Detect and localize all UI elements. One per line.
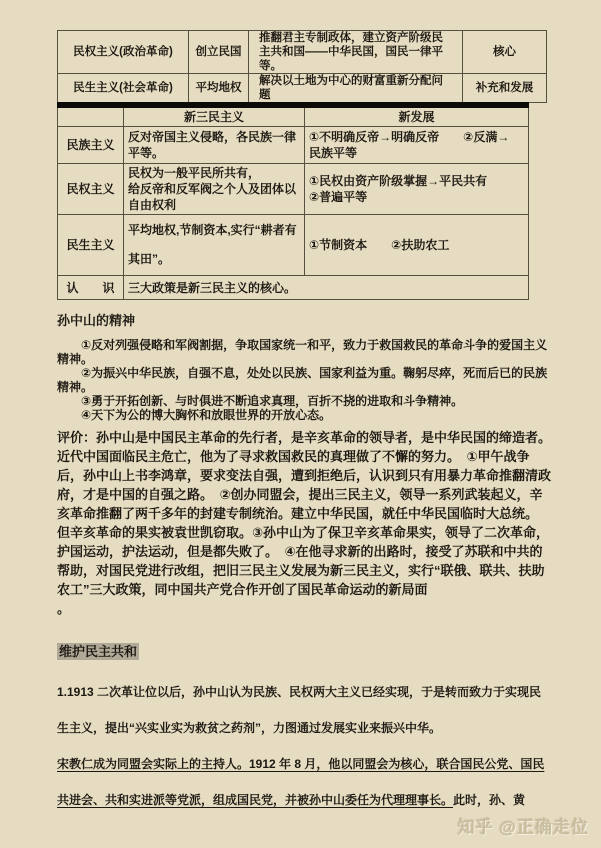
table-row: 民族主义 反对帝国主义侵略，各民族一律平等。 ①不明确反帝→明确反帝 ②反满→ … xyxy=(58,127,529,164)
empty-header-cell xyxy=(58,105,124,127)
document-page: 民权主义(政治革命) 创立民国 推翻君主专制政体，建立资产阶级民主共和国——中华… xyxy=(0,0,601,848)
new-development-cell: ①节制资本 ②扶助农工 xyxy=(305,215,529,276)
section-title-defend-republic: 维护民主共和 xyxy=(57,644,551,660)
principle-status-cell: 核心 xyxy=(463,31,547,74)
old-content-cell: 反对帝国主义侵略，各民族一律平等。 xyxy=(124,127,305,164)
principle-slogan-cell: 创立民国 xyxy=(189,31,249,74)
table-row: 民生主义(社会革命) 平均地权 解决以土地为中心的财富重新分配问题 补充和发展 xyxy=(58,74,547,103)
spirit-item-3: ③勇于开拓创新、与时俱进不断追求真理，百折不挠的进取和斗争精神。 xyxy=(57,394,551,408)
principle-content-cell: 推翻君主专制政体，建立资产阶级民主共和国——中华民国，国民一律平等。 xyxy=(249,31,463,74)
new-development-cell: ①不明确反帝→明确反帝 ②反满→ 民族平等 xyxy=(305,127,529,164)
spirit-item-4: ④天下为公的博大胸怀和放眼世界的开放心态。 xyxy=(57,408,551,422)
spirit-item-1: ①反对列强侵略和军阀割据，争取国家统一和平，致力于救国救民的革命斗争的爱国主义精… xyxy=(57,338,551,366)
republic-paragraph-2: 宋教仁成为同盟会实际上的主持人。1912 年 8 月，他以同盟会为核心，联合国民… xyxy=(57,746,553,818)
spirit-item-2: ②为振兴中华民族，自强不息，处处以民族、国家利益为重。鞠躬尽瘁，死而后已的民族精… xyxy=(57,366,551,394)
table-row: 民权主义(政治革命) 创立民国 推翻君主专制政体，建立资产阶级民主共和国——中华… xyxy=(58,31,547,74)
evaluation-tail-period: 。 xyxy=(57,599,551,618)
old-three-principles-table: 民权主义(政治革命) 创立民国 推翻君主专制政体，建立资产阶级民主共和国——中华… xyxy=(57,30,547,103)
table-footer-row: 认 识 三大政策是新三民主义的核心。 xyxy=(58,276,529,300)
principle-slogan-cell: 平均地权 xyxy=(189,74,249,103)
conclusion-cell: 三大政策是新三民主义的核心。 xyxy=(124,276,529,300)
column-header: 新发展 xyxy=(305,105,529,127)
highlighted-heading-text: 维护民主共和 xyxy=(57,643,139,660)
principle-name-cell: 民权主义(政治革命) xyxy=(58,31,189,74)
column-header: 新三民主义 xyxy=(124,105,305,127)
row-label-cell: 民权主义 xyxy=(58,164,124,215)
table-row: 民权主义 民权为一般平民所共有， 给反帝和反军阀之个人及团体以自由权利 ①民权由… xyxy=(58,164,529,215)
zhihu-watermark: 知乎 @正确走位 xyxy=(458,813,589,838)
new-development-cell: ①民权由资产阶级掌握→平民共有 ②普遍平等 xyxy=(305,164,529,215)
paragraph-tail-text: 此时，孙、黄 xyxy=(453,793,525,807)
principle-name-cell: 民生主义(社会革命) xyxy=(58,74,189,103)
old-content-cell: 平均地权,节制资本,实行“耕者有其田”。 xyxy=(124,215,305,276)
evaluation-paragraph: 评价：孙中山是中国民主革命的先行者，是辛亥革命的领导者，是中华民国的缔造者。近代… xyxy=(57,428,551,599)
row-label-cell: 民生主义 xyxy=(58,215,124,276)
section-title-sun-spirit: 孙中山的精神 xyxy=(57,313,551,329)
row-label-cell: 认 识 xyxy=(58,276,124,300)
row-label-cell: 民族主义 xyxy=(58,127,124,164)
new-three-principles-table: 新三民主义 新发展 民族主义 反对帝国主义侵略，各民族一律平等。 ①不明确反帝→… xyxy=(57,102,529,300)
spirit-list: ①反对列强侵略和军阀割据，争取国家统一和平，致力于救国救民的革命斗争的爱国主义精… xyxy=(57,338,551,422)
principle-content-cell: 解决以土地为中心的财富重新分配问题 xyxy=(249,74,463,103)
old-content-cell: 民权为一般平民所共有， 给反帝和反军阀之个人及团体以自由权利 xyxy=(124,164,305,215)
table-header-row: 新三民主义 新发展 xyxy=(58,105,529,127)
table-row: 民生主义 平均地权,节制资本,实行“耕者有其田”。 ①节制资本 ②扶助农工 xyxy=(58,215,529,276)
principle-status-cell: 补充和发展 xyxy=(463,74,547,103)
republic-paragraph-1: 1.1913 二次革让位以后，孙中山认为民族、民权两大主义已经实现，于是转而致力… xyxy=(57,674,553,746)
